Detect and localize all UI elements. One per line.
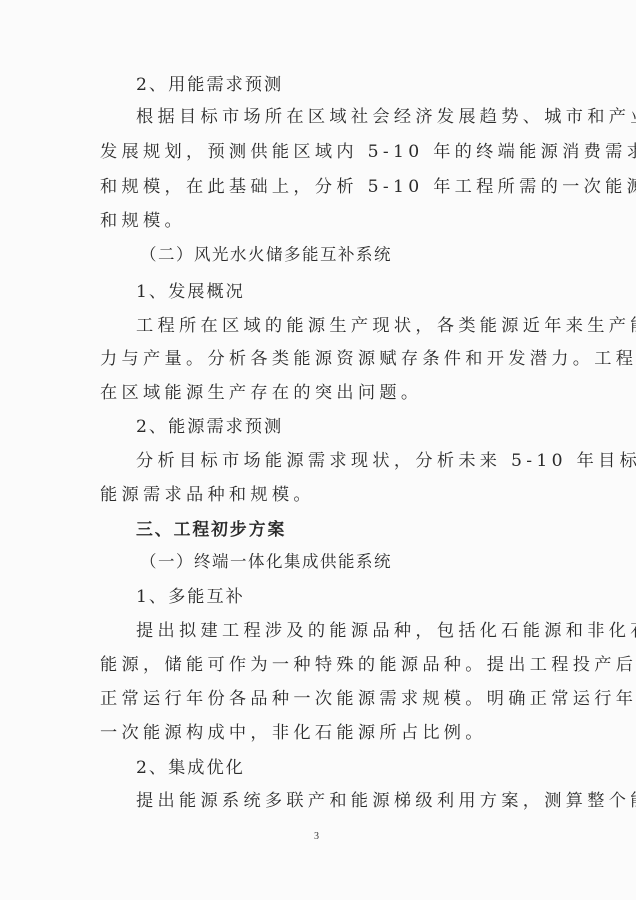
page-number: 3 (314, 831, 319, 842)
paragraph-line: 一次能源构成中，非化石能源所占比例。 (100, 722, 550, 744)
paragraph-line: 发展规划，预测供能区域内 5-10 年的终端能源消费需求品种 (100, 141, 550, 163)
paragraph-line: 能源需求品种和规模。 (100, 484, 550, 506)
heading-development-overview: 1、发展概况 (136, 281, 586, 303)
document-page: 2、用能需求预测 根据目标市场所在区域社会经济发展趋势、城市和产业 发展规划，预… (0, 0, 636, 900)
paragraph-line: 提出拟建工程涉及的能源品种，包括化石能源和非化石 (136, 620, 586, 642)
paragraph-line: 能源，储能可作为一种特殊的能源品种。提出工程投产后在 (100, 654, 550, 676)
paragraph-line: 和规模，在此基础上，分析 5-10 年工程所需的一次能源品种 (100, 176, 550, 198)
subheading-integrated-supply-system: （一）终端一体化集成供能系统 (140, 551, 590, 573)
paragraph-line: 正常运行年份各品种一次能源需求规模。明确正常运行年份 (100, 688, 550, 710)
paragraph-line: 提出能源系统多联产和能源梯级利用方案，测算整个能 (136, 790, 586, 812)
section-heading-preliminary-plan: 三、工程初步方案 (136, 518, 586, 540)
heading-integration-optimization: 2、集成优化 (136, 757, 586, 779)
paragraph-line: 工程所在区域的能源生产现状，各类能源近年来生产能 (136, 315, 586, 337)
heading-multi-energy-complement: 1、多能互补 (136, 586, 586, 608)
subheading-multi-energy-system: （二）风光水火储多能互补系统 (140, 244, 590, 266)
paragraph-line: 在区域能源生产存在的突出问题。 (100, 382, 550, 404)
paragraph-line: 和规模。 (100, 210, 550, 232)
heading-energy-demand: 2、能源需求预测 (136, 416, 586, 438)
paragraph-line: 分析目标市场能源需求现状，分析未来 5-10 年目标市场 (136, 450, 586, 472)
heading-energy-demand-forecast: 2、用能需求预测 (136, 74, 586, 96)
paragraph-line: 根据目标市场所在区域社会经济发展趋势、城市和产业 (136, 106, 586, 128)
paragraph-line: 力与产量。分析各类能源资源赋存条件和开发潜力。工程所 (100, 348, 550, 370)
